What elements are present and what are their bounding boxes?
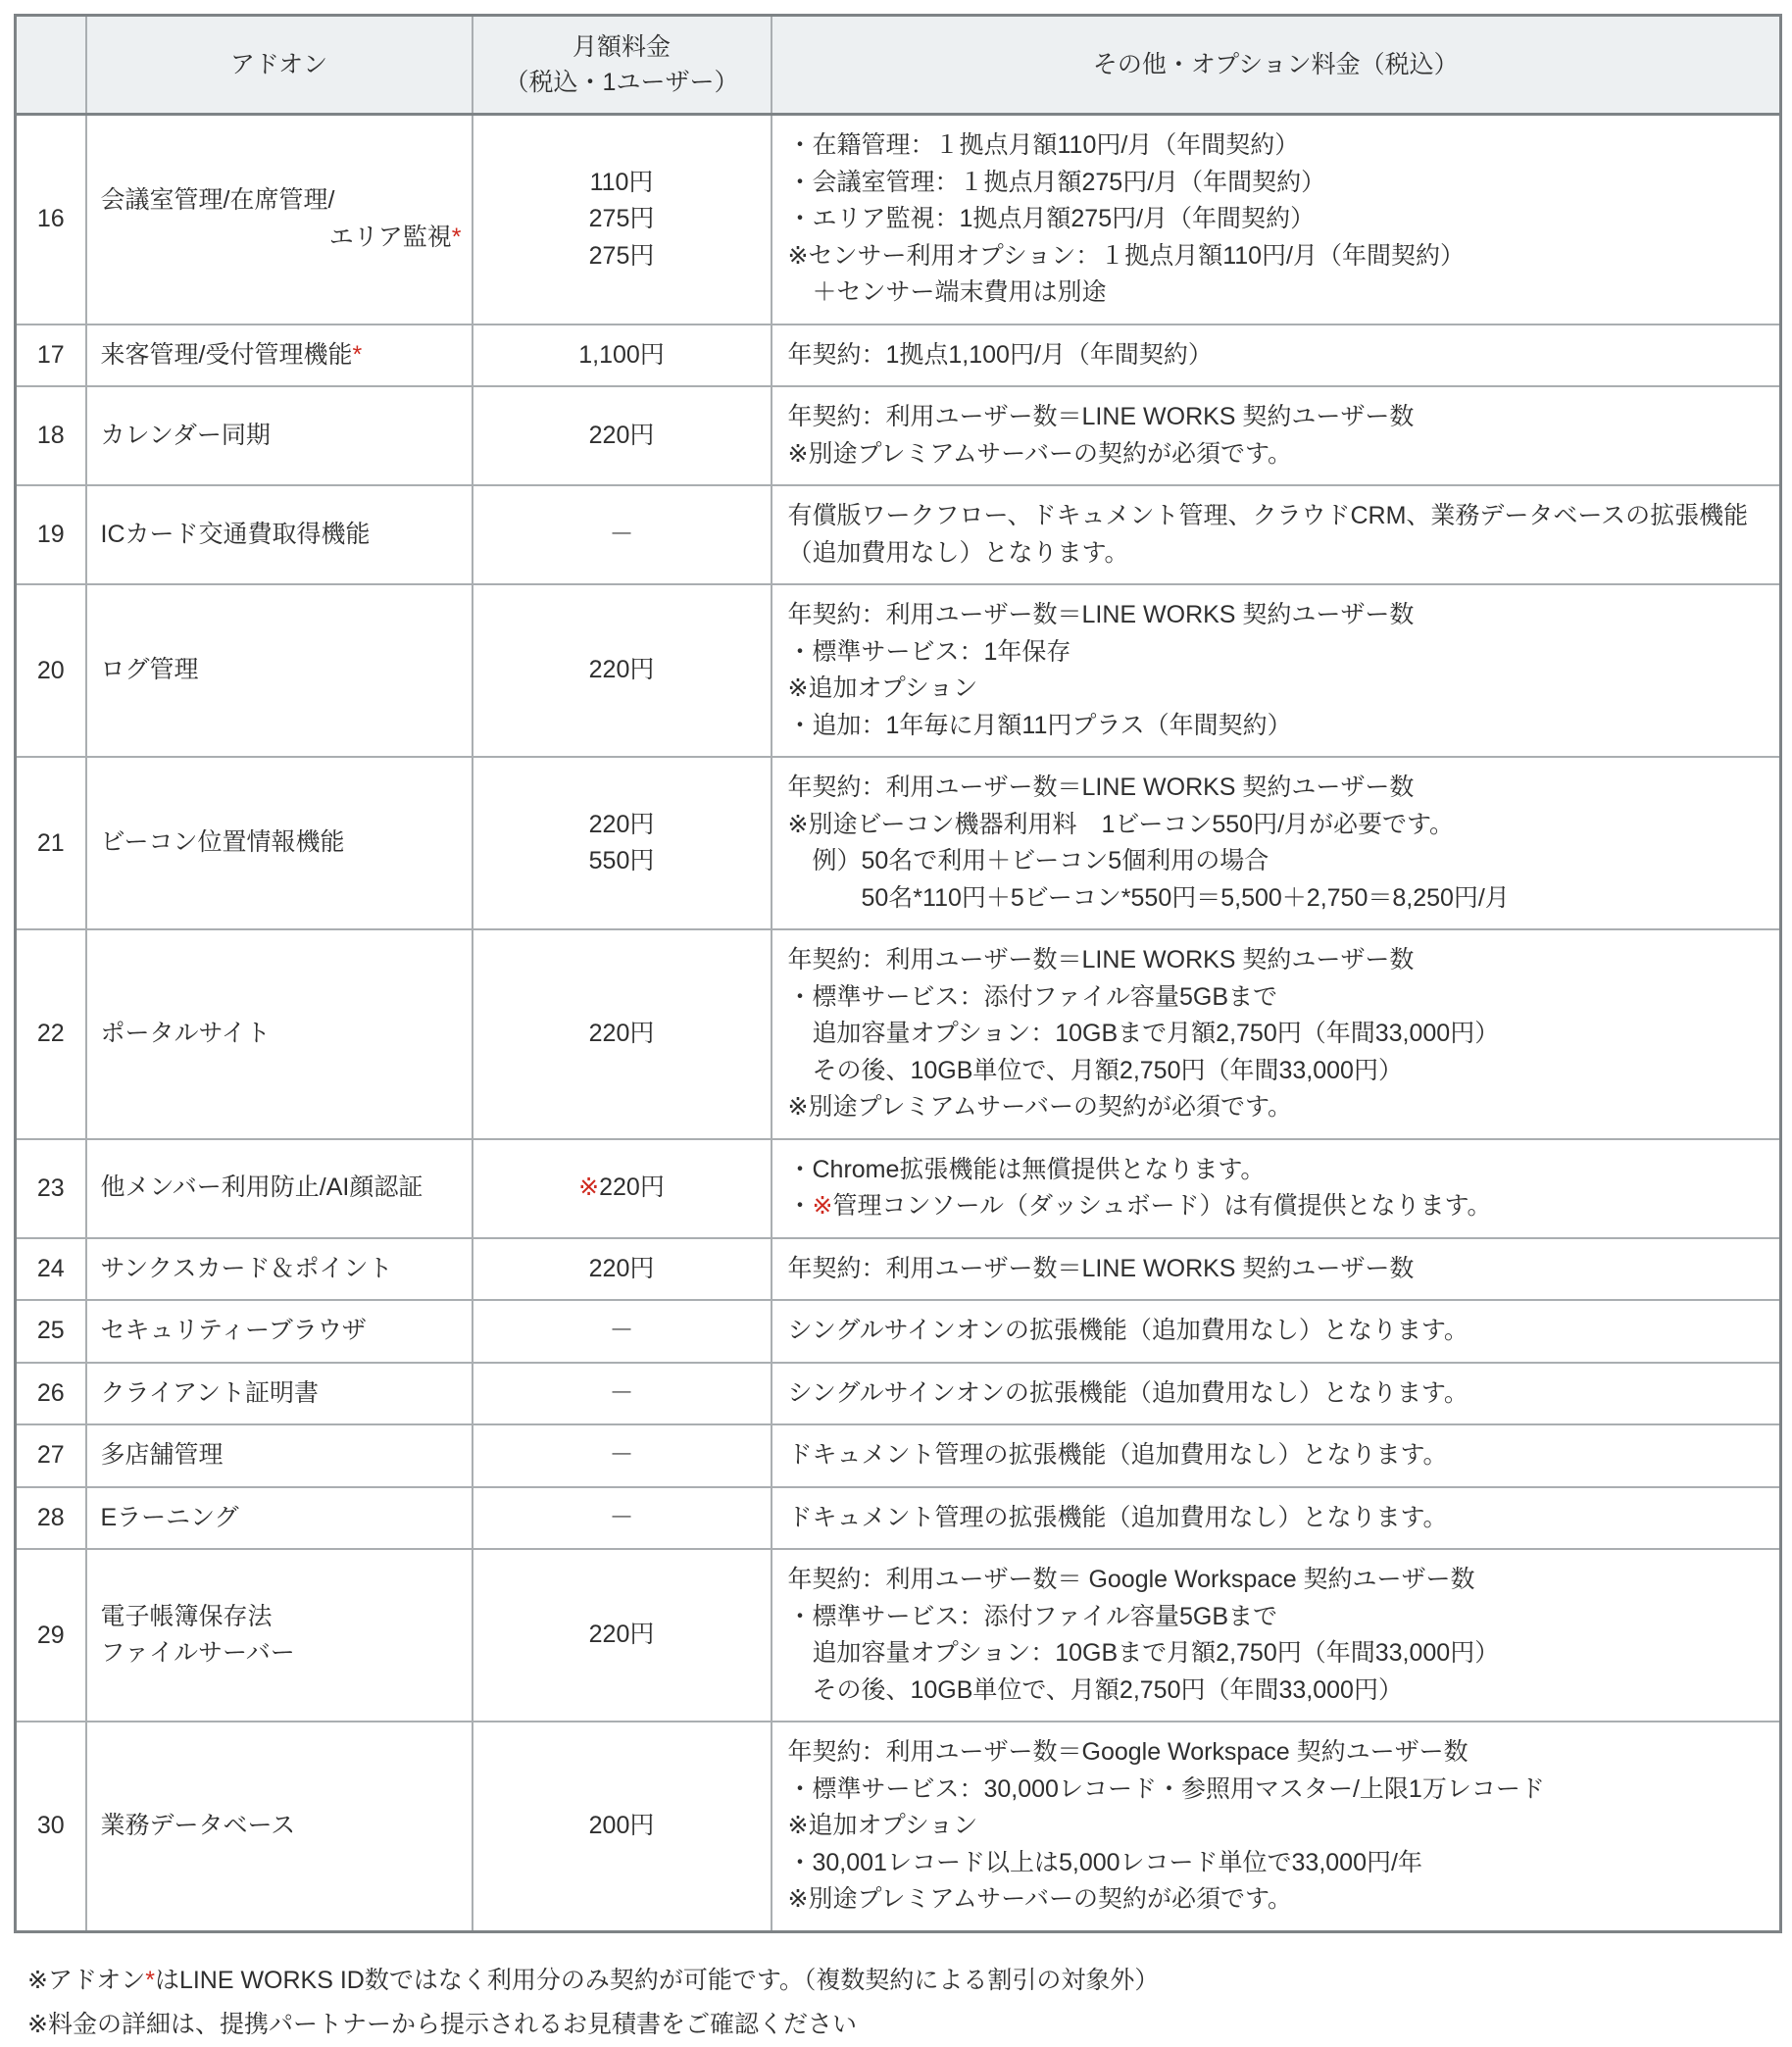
footnote-line2: ※料金の詳細は、提携パートナーから提示されるお見積書をご確認ください	[27, 2003, 1779, 2047]
options-line: ＋センサー端末費用は別途	[788, 275, 1770, 312]
addon-name: サンクスカード＆ポイント	[101, 1251, 462, 1288]
header-monthly-cell: 月額料金 （税込・1ユーザー）	[473, 16, 772, 115]
footnote-line1: ※アドオン*はLINE WORKS ID数ではなく利用分のみ契約が可能です。（複…	[27, 1959, 1779, 2003]
addon-name: 来客管理/受付管理機能*	[101, 337, 462, 374]
header-number-cell	[16, 16, 86, 115]
options-cell: 年契約：利用ユーザー数＝LINE WORKS 契約ユーザー数 ※別途ビーコン機器…	[772, 757, 1781, 929]
row-number: 26	[16, 1363, 86, 1425]
addon-name: ポータルサイト	[101, 1016, 462, 1053]
price-line: 1,100円	[474, 337, 770, 374]
options-line: 50名*110円＋5ビーコン*550円＝5,500＋2,750＝8,250円/月	[788, 880, 1770, 918]
options-cell: 年契約：利用ユーザー数＝ Google Workspace 契約ユーザー数 ・標…	[772, 1549, 1781, 1722]
options-line: ※別途プレミアムサーバーの契約が必須です。	[788, 1881, 1770, 1919]
price-line: 110円	[474, 165, 770, 202]
addon-name: カレンダー同期	[101, 418, 462, 455]
options-line: ※追加オプション	[788, 1808, 1770, 1845]
price-cell: －	[473, 1487, 772, 1550]
table-row-30: 30 業務データベース 200円 年契約：利用ユーザー数＝Google Work…	[16, 1722, 1781, 1931]
asterisk-mark: *	[145, 1967, 155, 1994]
options-cell: 年契約：利用ユーザー数＝LINE WORKS 契約ユーザー数 ・標準サービス：添…	[772, 929, 1781, 1139]
price-line: 220円	[474, 1016, 770, 1053]
options-line: ※別途ビーコン機器利用料 1ビーコン550円/月が必要です。	[788, 807, 1770, 844]
addon-name: クライアント証明書	[101, 1375, 462, 1413]
addon-cell: ビーコン位置情報機能	[86, 757, 473, 929]
price-cell: －	[473, 1363, 772, 1425]
table-row-22: 22 ポータルサイト 220円 年契約：利用ユーザー数＝LINE WORKS 契…	[16, 929, 1781, 1139]
options-line: ・標準サービス：30,000レコード・参照用マスター/上限1万レコード	[788, 1772, 1770, 1809]
options-line: その後、10GB単位で、月額2,750円（年間33,000円）	[788, 1053, 1770, 1090]
addon-cell: 他メンバー利用防止/AI顔認証	[86, 1139, 473, 1238]
addon-cell: カレンダー同期	[86, 386, 473, 485]
options-text: 管理コンソール（ダッシュボード）は有償提供となります。	[832, 1192, 1491, 1220]
options-cell: ・Chrome拡張機能は無償提供となります。 ・※管理コンソール（ダッシュボード…	[772, 1139, 1781, 1238]
row-number: 21	[16, 757, 86, 929]
row-number: 22	[16, 929, 86, 1139]
options-cell: 年契約：利用ユーザー数＝LINE WORKS 契約ユーザー数	[772, 1238, 1781, 1301]
price-cell: 220円 550円	[473, 757, 772, 929]
options-cell: 年契約：1拠点1,100円/月（年間契約）	[772, 325, 1781, 387]
table-row-17: 17 来客管理/受付管理機能* 1,100円 年契約：1拠点1,100円/月（年…	[16, 325, 1781, 387]
price-cell: 220円	[473, 929, 772, 1139]
options-cell: ・在籍管理：１拠点月額110円/月（年間契約） ・会議室管理：１拠点月額275円…	[772, 115, 1781, 325]
options-cell: シングルサインオンの拡張機能（追加費用なし）となります。	[772, 1363, 1781, 1425]
price-cell: ※220円	[473, 1139, 772, 1238]
options-line: ・標準サービス：添付ファイル容量5GBまで	[788, 1599, 1770, 1636]
options-cell: シングルサインオンの拡張機能（追加費用なし）となります。	[772, 1300, 1781, 1363]
addon-cell: サンクスカード＆ポイント	[86, 1238, 473, 1301]
table-row-25: 25 セキュリティーブラウザ － シングルサインオンの拡張機能（追加費用なし）と…	[16, 1300, 1781, 1363]
footnote-text: はLINE WORKS ID数ではなく利用分のみ契約が可能です。（複数契約による…	[155, 1967, 1159, 1994]
price-cell: －	[473, 1424, 772, 1487]
row-number: 27	[16, 1424, 86, 1487]
header-row: アドオン 月額料金 （税込・1ユーザー） その他・オプション料金（税込）	[16, 16, 1781, 115]
options-line: 追加容量オプション：10GBまで月額2,750円（年間33,000円）	[788, 1016, 1770, 1053]
price-cell: 220円	[473, 1238, 772, 1301]
asterisk-mark: *	[452, 224, 462, 251]
table-row-19: 19 ICカード交通費取得機能 － 有償版ワークフロー、ドキュメント管理、クラウ…	[16, 485, 1781, 584]
options-cell: ドキュメント管理の拡張機能（追加費用なし）となります。	[772, 1424, 1781, 1487]
addon-pricing-table: アドオン 月額料金 （税込・1ユーザー） その他・オプション料金（税込） 16 …	[14, 14, 1782, 1933]
addon-name: ビーコン位置情報機能	[101, 824, 462, 862]
price-cell: 220円	[473, 584, 772, 757]
table-row-23: 23 他メンバー利用防止/AI顔認証 ※220円 ・Chrome拡張機能は無償提…	[16, 1139, 1781, 1238]
price-cell: 220円	[473, 1549, 772, 1722]
options-cell: 年契約：利用ユーザー数＝LINE WORKS 契約ユーザー数 ※別途プレミアムサ…	[772, 386, 1781, 485]
price-line: 200円	[474, 1808, 770, 1845]
row-number: 25	[16, 1300, 86, 1363]
table-row-26: 26 クライアント証明書 － シングルサインオンの拡張機能（追加費用なし）となり…	[16, 1363, 1781, 1425]
price-cell: 200円	[473, 1722, 772, 1931]
price-line: 220円	[474, 1251, 770, 1288]
addon-cell: 電子帳簿保存法 ファイルサーバー	[86, 1549, 473, 1722]
addon-name: 会議室管理/在席管理/	[101, 182, 462, 220]
options-line: シングルサインオンの拡張機能（追加費用なし）となります。	[788, 1375, 1770, 1413]
header-monthly-line1: 月額料金	[474, 29, 770, 65]
options-line: 年契約：利用ユーザー数＝LINE WORKS 契約ユーザー数	[788, 942, 1770, 979]
options-line: ・30,001レコード以上は5,000レコード単位で33,000円/年	[788, 1845, 1770, 1882]
options-line: 年契約：1拠点1,100円/月（年間契約）	[788, 337, 1770, 374]
table-row-28: 28 Eラーニング － ドキュメント管理の拡張機能（追加費用なし）となります。	[16, 1487, 1781, 1550]
options-line: その後、10GB単位で、月額2,750円（年間33,000円）	[788, 1673, 1770, 1710]
options-line: 年契約：利用ユーザー数＝ Google Workspace 契約ユーザー数	[788, 1562, 1770, 1599]
price-cell: 220円	[473, 386, 772, 485]
options-line: 年契約：利用ユーザー数＝LINE WORKS 契約ユーザー数	[788, 770, 1770, 807]
price-line: 220円	[474, 807, 770, 844]
options-line: ・※管理コンソール（ダッシュボード）は有償提供となります。	[788, 1188, 1770, 1225]
options-line: 例）50名で利用＋ビーコン5個利用の場合	[788, 843, 1770, 880]
price-cell: －	[473, 485, 772, 584]
page: アドオン 月額料金 （税込・1ユーザー） その他・オプション料金（税込） 16 …	[0, 0, 1792, 2047]
header-options-cell: その他・オプション料金（税込）	[772, 16, 1781, 115]
options-line: ・Chrome拡張機能は無償提供となります。	[788, 1152, 1770, 1189]
table-row-24: 24 サンクスカード＆ポイント 220円 年契約：利用ユーザー数＝LINE WO…	[16, 1238, 1781, 1301]
options-line: ※追加オプション	[788, 671, 1770, 708]
addon-name-line2: ファイルサーバー	[101, 1635, 462, 1673]
options-cell: 年契約：利用ユーザー数＝Google Workspace 契約ユーザー数 ・標準…	[772, 1722, 1781, 1931]
options-line: ・標準サービス：添付ファイル容量5GBまで	[788, 979, 1770, 1017]
addon-cell: 多店舗管理	[86, 1424, 473, 1487]
options-text: ・	[788, 1192, 813, 1220]
addon-cell: Eラーニング	[86, 1487, 473, 1550]
options-line: ・エリア監視：1拠点月額275円/月（年間契約）	[788, 201, 1770, 238]
table-row-18: 18 カレンダー同期 220円 年契約：利用ユーザー数＝LINE WORKS 契…	[16, 386, 1781, 485]
row-number: 24	[16, 1238, 86, 1301]
row-number: 20	[16, 584, 86, 757]
options-line: ・追加：1年毎に月額11円プラス（年間契約）	[788, 708, 1770, 745]
price-line: －	[474, 1313, 770, 1350]
price-line: 220円	[474, 1617, 770, 1654]
price-note-mark: ※	[578, 1173, 599, 1201]
options-line: ドキュメント管理の拡張機能（追加費用なし）となります。	[788, 1437, 1770, 1474]
addon-cell: 会議室管理/在席管理/ エリア監視*	[86, 115, 473, 325]
price-cell: －	[473, 1300, 772, 1363]
table-row-16: 16 会議室管理/在席管理/ エリア監視* 110円 275円 275円 ・在籍…	[16, 115, 1781, 325]
addon-name: ログ管理	[101, 652, 462, 689]
addon-name: 業務データベース	[101, 1808, 462, 1845]
header-addon-cell: アドオン	[86, 16, 473, 115]
header-monthly-line2: （税込・1ユーザー）	[474, 65, 770, 100]
price-cell: 1,100円	[473, 325, 772, 387]
price-line: ※220円	[474, 1170, 770, 1207]
footnotes: ※アドオン*はLINE WORKS ID数ではなく利用分のみ契約が可能です。（複…	[14, 1933, 1779, 2047]
addon-name-text: 来客管理/受付管理機能	[101, 341, 353, 369]
price-line: －	[474, 1500, 770, 1537]
row-number: 19	[16, 485, 86, 584]
row-number: 30	[16, 1722, 86, 1931]
addon-name: Eラーニング	[101, 1500, 462, 1537]
price-line: －	[474, 1375, 770, 1413]
row-number: 16	[16, 115, 86, 325]
options-line: 年契約：利用ユーザー数＝LINE WORKS 契約ユーザー数	[788, 399, 1770, 436]
options-line: 追加容量オプション：10GBまで月額2,750円（年間33,000円）	[788, 1635, 1770, 1673]
options-cell: 年契約：利用ユーザー数＝LINE WORKS 契約ユーザー数 ・標準サービス：1…	[772, 584, 1781, 757]
addon-cell: ポータルサイト	[86, 929, 473, 1139]
table-row-20: 20 ログ管理 220円 年契約：利用ユーザー数＝LINE WORKS 契約ユー…	[16, 584, 1781, 757]
addon-name: 電子帳簿保存法	[101, 1599, 462, 1636]
price-text: 220円	[599, 1173, 665, 1201]
options-line: 年契約：利用ユーザー数＝LINE WORKS 契約ユーザー数	[788, 1251, 1770, 1288]
footnote-text: ※アドオン	[27, 1967, 145, 1994]
addon-name-text: エリア監視	[329, 224, 452, 251]
price-line: 220円	[474, 652, 770, 689]
options-line: ※センサー利用オプション：１拠点月額110円/月（年間契約）	[788, 238, 1770, 275]
options-line: ※別途プレミアムサーバーの契約が必須です。	[788, 436, 1770, 474]
row-number: 18	[16, 386, 86, 485]
row-number: 29	[16, 1549, 86, 1722]
price-line: 275円	[474, 201, 770, 238]
addon-name: セキュリティーブラウザ	[101, 1313, 462, 1350]
table-row-29: 29 電子帳簿保存法 ファイルサーバー 220円 年契約：利用ユーザー数＝ Go…	[16, 1549, 1781, 1722]
options-cell: 有償版ワークフロー、ドキュメント管理、クラウドCRM、業務データベースの拡張機能…	[772, 485, 1781, 584]
price-line: －	[474, 517, 770, 554]
price-cell: 110円 275円 275円	[473, 115, 772, 325]
addon-name: ICカード交通費取得機能	[101, 517, 462, 554]
addon-cell: 来客管理/受付管理機能*	[86, 325, 473, 387]
options-line: ・標準サービス：1年保存	[788, 634, 1770, 672]
options-line: ・会議室管理：１拠点月額275円/月（年間契約）	[788, 165, 1770, 202]
options-line: シングルサインオンの拡張機能（追加費用なし）となります。	[788, 1313, 1770, 1350]
options-line: ・在籍管理：１拠点月額110円/月（年間契約）	[788, 127, 1770, 165]
options-line: ドキュメント管理の拡張機能（追加費用なし）となります。	[788, 1500, 1770, 1537]
price-line: 275円	[474, 238, 770, 275]
addon-cell: 業務データベース	[86, 1722, 473, 1931]
addon-name-line2: エリア監視*	[101, 220, 462, 257]
options-cell: ドキュメント管理の拡張機能（追加費用なし）となります。	[772, 1487, 1781, 1550]
price-line: －	[474, 1437, 770, 1474]
asterisk-mark: *	[352, 341, 362, 369]
options-line: 有償版ワークフロー、ドキュメント管理、クラウドCRM、業務データベースの拡張機能…	[788, 498, 1770, 572]
options-line: ※別途プレミアムサーバーの契約が必須です。	[788, 1089, 1770, 1126]
row-number: 17	[16, 325, 86, 387]
addon-cell: セキュリティーブラウザ	[86, 1300, 473, 1363]
price-line: 550円	[474, 843, 770, 880]
row-number: 23	[16, 1139, 86, 1238]
options-line: 年契約：利用ユーザー数＝Google Workspace 契約ユーザー数	[788, 1734, 1770, 1772]
addon-name: 多店舗管理	[101, 1437, 462, 1474]
price-line: 220円	[474, 418, 770, 455]
addon-cell: ICカード交通費取得機能	[86, 485, 473, 584]
addon-cell: クライアント証明書	[86, 1363, 473, 1425]
note-mark: ※	[813, 1192, 833, 1220]
table-row-27: 27 多店舗管理 － ドキュメント管理の拡張機能（追加費用なし）となります。	[16, 1424, 1781, 1487]
table-row-21: 21 ビーコン位置情報機能 220円 550円 年契約：利用ユーザー数＝LINE…	[16, 757, 1781, 929]
addon-cell: ログ管理	[86, 584, 473, 757]
addon-name: 他メンバー利用防止/AI顔認証	[101, 1170, 462, 1207]
row-number: 28	[16, 1487, 86, 1550]
options-line: 年契約：利用ユーザー数＝LINE WORKS 契約ユーザー数	[788, 597, 1770, 634]
